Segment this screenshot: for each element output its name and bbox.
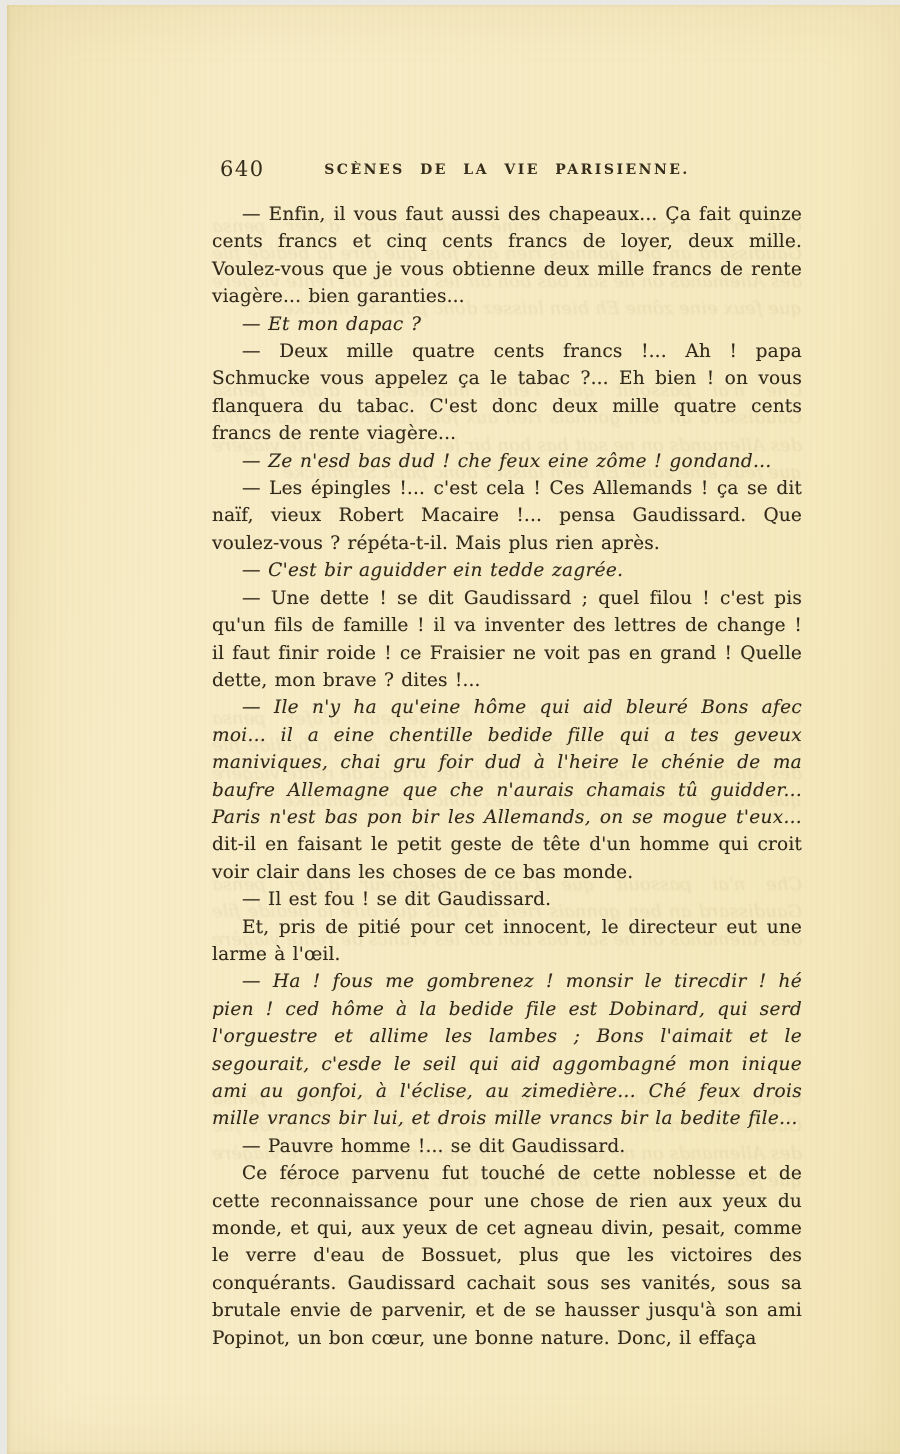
text-block: 640 SCÈNES DE LA VIE PARISIENNE. — Enfin… [212, 157, 802, 1352]
paragraph: — Deux mille quatre cents francs !... Ah… [212, 338, 802, 448]
paragraph-segment-roman: — Pauvre homme !... se dit Gaudissard. [242, 1136, 625, 1157]
paragraph: — Enfin, il vous faut aussi des chapeaux… [212, 201, 802, 311]
paragraph: — Ha ! fous me gombrenez ! monsir le tir… [212, 968, 802, 1132]
scan-background: { "page": { "number": "640", "running_ti… [0, 0, 900, 1454]
running-title: SCÈNES DE LA VIE PARISIENNE. [212, 162, 802, 178]
page-header: 640 SCÈNES DE LA VIE PARISIENNE. [212, 157, 802, 187]
page-paper: Che n'ai passouit que l'eine hubelemeur … [7, 5, 900, 1454]
page-text: — Enfin, il vous faut aussi des chapeaux… [212, 201, 802, 1352]
paragraph: Ce féroce parvenu fut touché de cette no… [212, 1160, 802, 1352]
paragraph-segment-italic: — Ha ! fous me gombrenez ! monsir le tir… [212, 971, 802, 1129]
paragraph: — Et mon dapac ? [212, 311, 802, 338]
paragraph-segment-roman: — Une dette ! se dit Gaudissard ; quel f… [212, 588, 802, 691]
paragraph-segment-roman: dit-il en faisant le petit geste de tête… [212, 834, 802, 882]
paragraph-segment-roman: Ce féroce parvenu fut touché de cette no… [212, 1163, 802, 1348]
paragraph-segment-roman: — Enfin, il vous faut aussi des chapeaux… [212, 204, 802, 307]
paragraph: — C'est bir aguidder ein tedde zagrée. [212, 557, 802, 584]
paragraph-segment-italic: — Ze n'esd bas dud ! che feux eine zôme … [242, 451, 772, 472]
paragraph: — Il est fou ! se dit Gaudissard. [212, 886, 802, 913]
paragraph: — Ze n'esd bas dud ! che feux eine zôme … [212, 448, 802, 475]
paragraph-segment-roman: — Les épingles !... c'est cela ! Ces All… [212, 478, 802, 554]
paragraph-segment-italic: — Ile n'y ha qu'eine hôme qui aid bleuré… [212, 697, 802, 828]
paragraph-segment-roman: Et, pris de pitié pour cet innocent, le … [212, 917, 802, 965]
paragraph-segment-roman: — Deux mille quatre cents francs !... Ah… [212, 341, 802, 444]
paragraph: — Ile n'y ha qu'eine hôme qui aid bleuré… [212, 694, 802, 886]
paragraph: — Une dette ! se dit Gaudissard ; quel f… [212, 585, 802, 695]
paragraph: — Les épingles !... c'est cela ! Ces All… [212, 475, 802, 557]
paragraph-segment-roman: — Il est fou ! se dit Gaudissard. [242, 889, 551, 910]
paragraph-segment-italic: — C'est bir aguidder ein tedde zagrée. [242, 560, 623, 581]
paragraph-segment-italic: — Et mon dapac ? [242, 314, 421, 335]
paragraph: Et, pris de pitié pour cet innocent, le … [212, 914, 802, 969]
paragraph: — Pauvre homme !... se dit Gaudissard. [212, 1133, 802, 1160]
